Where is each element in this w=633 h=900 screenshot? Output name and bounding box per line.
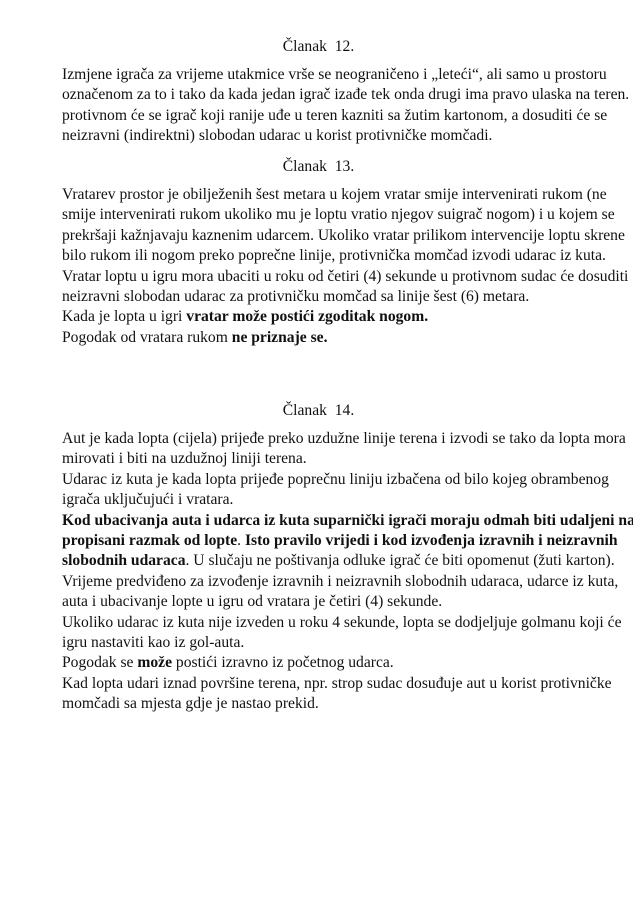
text-line: Vratarev prostor je obilježenih šest met… bbox=[62, 185, 600, 205]
bold-text-segment: propisani razmak od lopte bbox=[62, 532, 237, 549]
text-line: Kad lopta udari iznad površine terena, n… bbox=[62, 674, 600, 694]
text-line: neizravni slobodan udarac za protivničku… bbox=[62, 287, 600, 307]
text-line: igrača uključujući i vratara. bbox=[62, 490, 600, 510]
text-line: označenom za to i tako da kada jedan igr… bbox=[62, 85, 600, 105]
text-segment: Ukoliko udarac iz kuta nije izveden u ro… bbox=[62, 614, 622, 631]
text-line: igru nastaviti kao iz gol-auta. bbox=[62, 633, 600, 653]
text-segment: postići izravno iz početnog udarca. bbox=[172, 654, 394, 671]
text-line: Kod ubacivanja auta i udarca iz kuta sup… bbox=[62, 511, 600, 531]
text-line: propisani razmak od lopte. Isto pravilo … bbox=[62, 531, 600, 551]
text-line: Vratar loptu u igru mora ubaciti u roku … bbox=[62, 267, 600, 287]
bold-text-segment: ne priznaje se. bbox=[232, 329, 328, 346]
text-line: mirovati i biti na uzdužnoj liniji teren… bbox=[62, 449, 600, 469]
text-segment: bilo rukom ili nogom preko poprečne lini… bbox=[62, 247, 606, 264]
article-body-12: Izmjene igrača za vrijeme utakmice vrše … bbox=[62, 65, 600, 147]
text-segment: Vratarev prostor je obilježenih šest met… bbox=[62, 186, 607, 203]
text-segment: neizravni slobodan udarac za protivničku… bbox=[62, 288, 529, 305]
text-segment: Vrijeme predviđeno za izvođenje izravnih… bbox=[62, 573, 618, 590]
text-segment: auta i ubacivanje lopte u igru od vratar… bbox=[62, 593, 442, 610]
article-body-14: Aut je kada lopta (cijela) prijeđe preko… bbox=[62, 429, 600, 714]
text-segment: Udarac iz kuta je kada lopta prijeđe pop… bbox=[62, 471, 609, 488]
text-line: momčadi sa mjesta gdje je nastao prekid. bbox=[62, 694, 600, 714]
bold-text-segment: Kod ubacivanja auta i udarca iz kuta sup… bbox=[62, 512, 633, 529]
text-segment: Aut je kada lopta (cijela) prijeđe preko… bbox=[62, 430, 626, 447]
text-line: Kada je lopta u igri vratar može postići… bbox=[62, 307, 600, 327]
document-page: Članak 12. Izmjene igrača za vrijeme uta… bbox=[0, 0, 633, 900]
text-line: smije intervenirati rukom ukoliko mu je … bbox=[62, 205, 600, 225]
text-line: Pogodak se može postići izravno iz počet… bbox=[62, 653, 600, 673]
text-line: Aut je kada lopta (cijela) prijeđe preko… bbox=[62, 429, 600, 449]
text-segment: . bbox=[237, 532, 245, 549]
text-segment: mirovati i biti na uzdužnoj liniji teren… bbox=[62, 450, 307, 467]
text-segment: prekršaji kažnjavaju kaznenim udarcem. U… bbox=[62, 227, 625, 244]
text-segment: . U slučaju ne poštivanja odluke igrač ć… bbox=[186, 552, 615, 569]
text-segment: neizravni (indirektni) slobodan udarac u… bbox=[62, 127, 492, 144]
text-line: Ukoliko udarac iz kuta nije izveden u ro… bbox=[62, 613, 600, 633]
text-line: bilo rukom ili nogom preko poprečne lini… bbox=[62, 246, 600, 266]
text-segment: Kada je lopta u igri bbox=[62, 308, 186, 325]
text-line: Izmjene igrača za vrijeme utakmice vrše … bbox=[62, 65, 600, 85]
bold-text-segment: slobodnih udaraca bbox=[62, 552, 186, 569]
text-segment: Izmjene igrača za vrijeme utakmice vrše … bbox=[62, 66, 607, 83]
bold-text-segment: može bbox=[137, 654, 172, 671]
text-segment: momčadi sa mjesta gdje je nastao prekid. bbox=[62, 695, 319, 712]
text-segment: protivnom će se igrač koji ranije uđe u … bbox=[62, 107, 607, 124]
article-heading-14: Članak 14. bbox=[0, 401, 633, 421]
article-body-13: Vratarev prostor je obilježenih šest met… bbox=[62, 185, 600, 348]
text-segment: Vratar loptu u igru mora ubaciti u roku … bbox=[62, 268, 628, 285]
text-line: Vrijeme predviđeno za izvođenje izravnih… bbox=[62, 572, 600, 592]
text-segment: igrača uključujući i vratara. bbox=[62, 491, 233, 508]
text-segment: označenom za to i tako da kada jedan igr… bbox=[62, 86, 633, 103]
bold-text-segment: Isto pravilo vrijedi i kod izvođenja izr… bbox=[245, 532, 618, 549]
article-heading-12: Članak 12. bbox=[0, 37, 633, 57]
article-heading-13: Članak 13. bbox=[0, 157, 633, 177]
text-line: Pogodak od vratara rukom ne priznaje se. bbox=[62, 328, 600, 348]
text-segment: Pogodak se bbox=[62, 654, 137, 671]
bold-text-segment: vratar može postići zgoditak nogom. bbox=[186, 308, 428, 325]
text-line: slobodnih udaraca. U slučaju ne poštivan… bbox=[62, 551, 600, 571]
text-line: prekršaji kažnjavaju kaznenim udarcem. U… bbox=[62, 226, 600, 246]
text-segment: smije intervenirati rukom ukoliko mu je … bbox=[62, 206, 615, 223]
text-segment: Pogodak od vratara rukom bbox=[62, 329, 232, 346]
text-segment: igru nastaviti kao iz gol-auta. bbox=[62, 634, 244, 651]
text-line: neizravni (indirektni) slobodan udarac u… bbox=[62, 126, 600, 146]
text-segment: Kad lopta udari iznad površine terena, n… bbox=[62, 675, 612, 692]
text-line: Udarac iz kuta je kada lopta prijeđe pop… bbox=[62, 470, 600, 490]
text-line: auta i ubacivanje lopte u igru od vratar… bbox=[62, 592, 600, 612]
text-line: protivnom će se igrač koji ranije uđe u … bbox=[62, 106, 600, 126]
